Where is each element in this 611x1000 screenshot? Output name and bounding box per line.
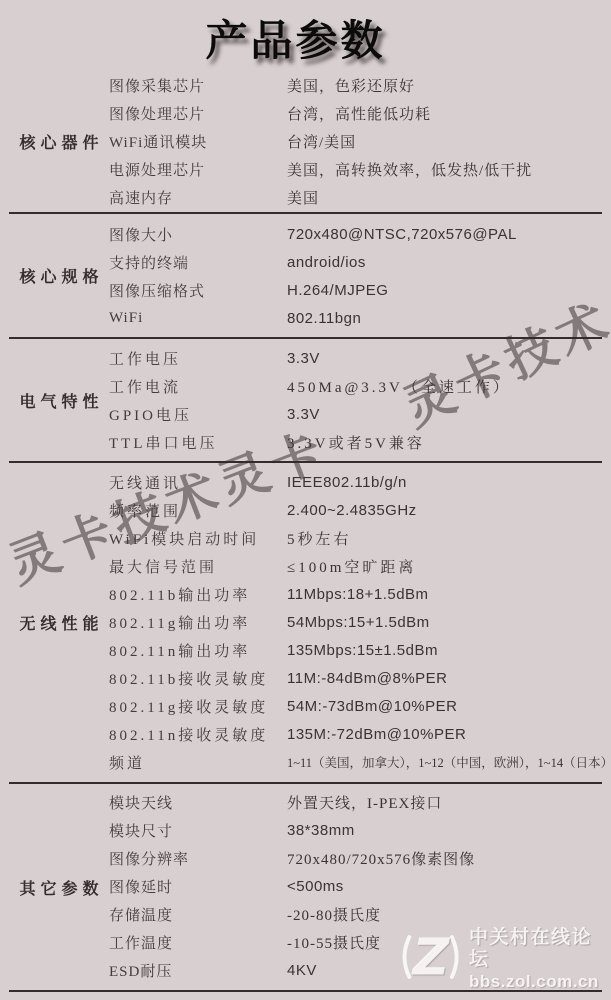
param-value: 54Mbps:15+1.5dBm	[287, 614, 611, 631]
spec-row: 802.11b接收灵敏度11M:-84dBm@8%PER	[109, 664, 611, 692]
section-label: 核心器件	[9, 70, 109, 212]
spec-row: 无线通讯IEEE802.11b/g/n	[109, 468, 611, 496]
param-value: 4KV	[287, 962, 602, 979]
spec-row: 高速内存美国	[109, 183, 602, 211]
spec-row: 图像延时<500ms	[109, 872, 602, 900]
param-name: 频率范围	[109, 500, 287, 521]
param-value: 美国，色彩还原好	[287, 75, 602, 96]
param-name: 频道	[109, 752, 287, 773]
spec-row: 模块天线外置天线，I-PEX接口	[109, 788, 602, 816]
spec-row: 最大信号范围≤100m空旷距离	[109, 552, 611, 580]
param-value: 720x480/720x576像素图像	[287, 848, 602, 869]
param-name: 高速内存	[109, 187, 287, 208]
param-name: 模块天线	[109, 792, 287, 813]
spec-section: 无线性能无线通讯IEEE802.11b/g/n频率范围2.400~2.4835G…	[9, 463, 602, 784]
param-name: TTL串口电压	[109, 432, 287, 453]
spec-row: GPIO电压3.3V	[109, 400, 602, 428]
param-name: 图像分辨率	[109, 848, 287, 869]
param-name: 工作温度	[109, 932, 287, 953]
spec-row: 802.11b输出功率11Mbps:18+1.5dBm	[109, 580, 611, 608]
param-name: 工作电流	[109, 376, 287, 397]
spec-table: 核心器件图像采集芯片美国，色彩还原好图像处理芯片台湾，高性能低功耗WiFi通讯模…	[9, 70, 602, 992]
param-value: 135M:-72dBm@10%PER	[287, 726, 611, 743]
param-name: 802.11n输出功率	[109, 640, 287, 661]
param-value: 802.11bgn	[287, 310, 602, 327]
spec-row: 电源处理芯片美国，高转换效率，低发热/低干扰	[109, 155, 602, 183]
param-value: 135Mbps:15±1.5dBm	[287, 642, 611, 659]
param-value: 美国，高转换效率，低发热/低干扰	[287, 159, 602, 180]
spec-row: WiFi通讯模块台湾/美国	[109, 127, 602, 155]
param-value: 台湾/美国	[287, 131, 602, 152]
param-name: 模块尺寸	[109, 820, 287, 841]
spec-row: 图像处理芯片台湾，高性能低功耗	[109, 99, 602, 127]
spec-section: 其它参数模块天线外置天线，I-PEX接口模块尺寸38*38mm图像分辨率720x…	[9, 784, 602, 992]
param-name: WiFi模块启动时间	[109, 528, 287, 549]
param-name: 最大信号范围	[109, 556, 287, 577]
spec-row: 支持的终端android/ios	[109, 248, 602, 276]
spec-section: 核心规格图像大小720x480@NTSC,720x576@PAL支持的终端and…	[9, 214, 602, 339]
spec-row: 工作电压3.3V	[109, 344, 602, 372]
spec-row: 模块尺寸38*38mm	[109, 816, 602, 844]
param-value: 38*38mm	[287, 822, 602, 839]
param-value: ≤100m空旷距离	[287, 556, 611, 577]
spec-row: 工作温度-10-55摄氏度	[109, 928, 602, 956]
spec-row: 图像大小720x480@NTSC,720x576@PAL	[109, 220, 602, 248]
param-name: WiFi	[109, 310, 287, 327]
spec-row: 频率范围2.400~2.4835GHz	[109, 496, 611, 524]
param-name: 存储温度	[109, 904, 287, 925]
param-value: 2.400~2.4835GHz	[287, 502, 611, 519]
param-name: 802.11b输出功率	[109, 584, 287, 605]
spec-row: 图像分辨率720x480/720x576像素图像	[109, 844, 602, 872]
param-value: 720x480@NTSC,720x576@PAL	[287, 226, 602, 243]
param-value: 11Mbps:18+1.5dBm	[287, 586, 611, 603]
spec-row: 802.11g接收灵敏度54M:-73dBm@10%PER	[109, 692, 611, 720]
param-value: -10-55摄氏度	[287, 932, 602, 953]
param-value: 1~11（美国，加拿大），1~12（中国，欧洲），1~14（日本）	[287, 753, 611, 771]
param-name: 802.11n接收灵敏度	[109, 724, 287, 745]
param-value: IEEE802.11b/g/n	[287, 474, 611, 491]
spec-row: 图像压缩格式H.264/MJPEG	[109, 276, 602, 304]
spec-row: TTL串口电压3.3V或者5V兼容	[109, 428, 602, 456]
section-label: 电气特性	[9, 339, 109, 461]
spec-row: 工作电流450Ma@3.3V（全速工作）	[109, 372, 602, 400]
spec-row: 存储温度-20-80摄氏度	[109, 900, 602, 928]
param-value: <500ms	[287, 878, 602, 895]
spec-section: 电气特性工作电压3.3V工作电流450Ma@3.3V（全速工作）GPIO电压3.…	[9, 339, 602, 463]
param-name: 图像压缩格式	[109, 280, 287, 301]
param-name: 图像延时	[109, 876, 287, 897]
param-name: 图像采集芯片	[109, 75, 287, 96]
section-label: 其它参数	[9, 784, 109, 990]
param-value: 外置天线，I-PEX接口	[287, 792, 602, 813]
spec-row: 频道1~11（美国，加拿大），1~12（中国，欧洲），1~14（日本）	[109, 748, 611, 776]
spec-row: WiFi模块启动时间5秒左右	[109, 524, 611, 552]
param-value: -20-80摄氏度	[287, 904, 602, 925]
page-title: 产品参数	[0, 0, 601, 68]
param-name: 图像处理芯片	[109, 103, 287, 124]
param-name: 802.11g接收灵敏度	[109, 696, 287, 717]
param-value: 台湾，高性能低功耗	[287, 103, 602, 124]
param-value: 450Ma@3.3V（全速工作）	[287, 376, 602, 397]
param-name: WiFi通讯模块	[109, 131, 287, 152]
spec-row: 802.11g输出功率54Mbps:15+1.5dBm	[109, 608, 611, 636]
section-label: 无线性能	[9, 463, 109, 782]
param-name: GPIO电压	[109, 404, 287, 425]
param-name: 工作电压	[109, 348, 287, 369]
param-value: 3.3V	[287, 350, 602, 367]
spec-row: ESD耐压4KV	[109, 956, 602, 984]
spec-row: WiFi802.11bgn	[109, 304, 602, 332]
param-value: 54M:-73dBm@10%PER	[287, 698, 611, 715]
param-name: 无线通讯	[109, 472, 287, 493]
param-name: ESD耐压	[109, 960, 287, 981]
spec-row: 802.11n接收灵敏度135M:-72dBm@10%PER	[109, 720, 611, 748]
param-value: android/ios	[287, 254, 602, 271]
param-name: 802.11b接收灵敏度	[109, 668, 287, 689]
section-label: 核心规格	[9, 214, 109, 337]
spec-row: 802.11n输出功率135Mbps:15±1.5dBm	[109, 636, 611, 664]
param-name: 电源处理芯片	[109, 159, 287, 180]
spec-section: 核心器件图像采集芯片美国，色彩还原好图像处理芯片台湾，高性能低功耗WiFi通讯模…	[9, 70, 602, 214]
param-name: 802.11g输出功率	[109, 612, 287, 633]
param-value: 5秒左右	[287, 528, 611, 549]
param-name: 图像大小	[109, 224, 287, 245]
spec-row: 图像采集芯片美国，色彩还原好	[109, 71, 602, 99]
param-value: 3.3V或者5V兼容	[287, 432, 602, 453]
param-name: 支持的终端	[109, 252, 287, 273]
param-value: 3.3V	[287, 406, 602, 423]
param-value: 美国	[287, 187, 602, 208]
param-value: H.264/MJPEG	[287, 282, 602, 299]
param-value: 11M:-84dBm@8%PER	[287, 670, 611, 687]
product-spec-sheet: 产品参数 灵卡技术灵卡 灵卡技术 核心器件图像采集芯片美国，色彩还原好图像处理芯…	[0, 0, 611, 1000]
